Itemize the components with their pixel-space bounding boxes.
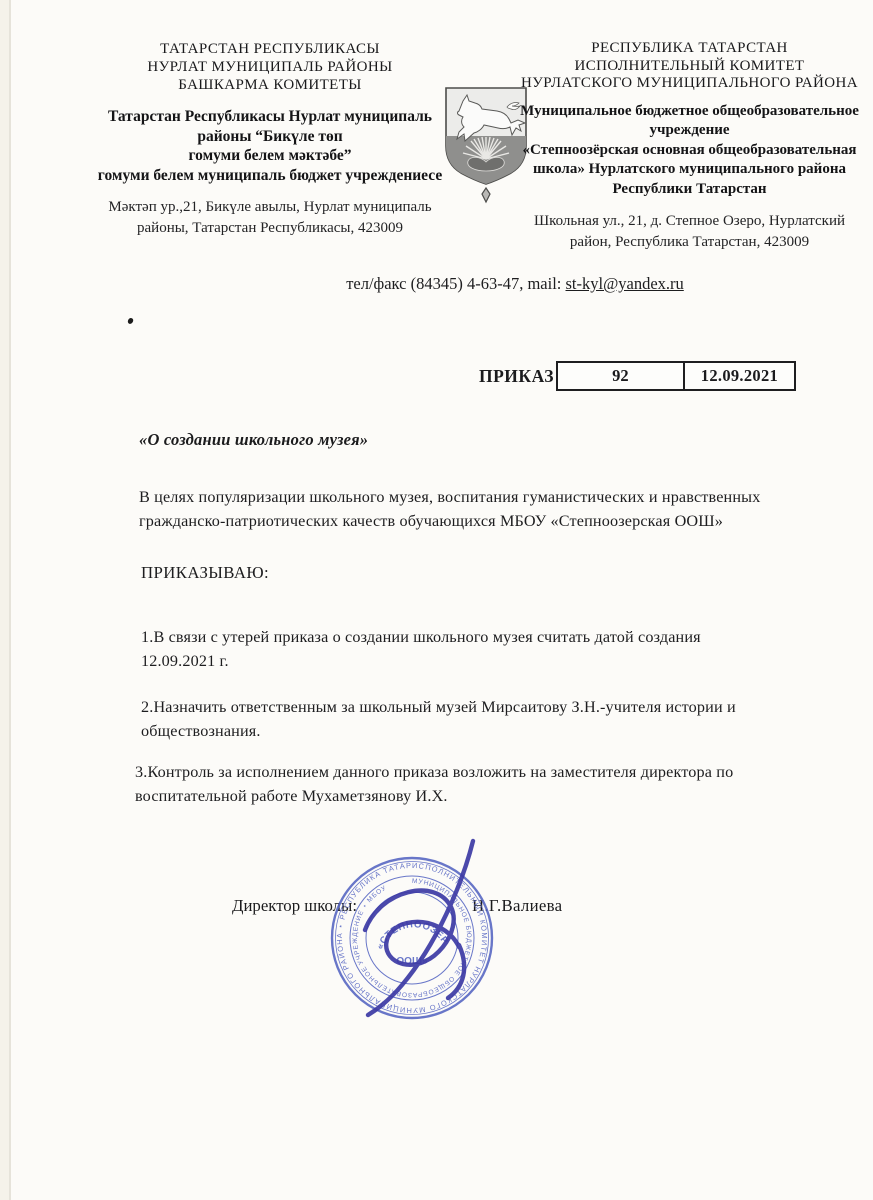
scanned-document-page: ТАТАРСТАН РЕСПУБЛИКАСЫ НУРЛАТ МУНИЦИПАЛЬ… bbox=[0, 0, 873, 1200]
order-item-2: 2.Назначить ответственным за школьный му… bbox=[141, 696, 821, 743]
letterhead-left-line: ТАТАРСТАН РЕСПУБЛИКАСЫ bbox=[92, 40, 448, 58]
item-line: 3.Контроль за исполнением данного приказ… bbox=[135, 761, 825, 785]
letterhead-left: ТАТАРСТАН РЕСПУБЛИКАСЫ НУРЛАТ МУНИЦИПАЛЬ… bbox=[92, 40, 448, 238]
email-text: st-kyl@yandex.ru bbox=[566, 274, 684, 293]
letterhead-left-org: Татарстан Республикасы Нурлат муниципаль… bbox=[92, 107, 448, 185]
order-number-table: 92 12.09.2021 bbox=[556, 361, 796, 391]
command-word: ПРИКАЗЫВАЮ: bbox=[141, 561, 269, 585]
order-item-3: 3.Контроль за исполнением данного приказ… bbox=[135, 761, 825, 808]
scan-page-edge bbox=[0, 0, 11, 1200]
order-date-cell: 12.09.2021 bbox=[683, 363, 794, 389]
order-number-cell: 92 bbox=[558, 363, 683, 389]
item-line: 1.В связи с утерей приказа о создании шк… bbox=[141, 626, 821, 650]
order-item-1: 1.В связи с утерей приказа о создании шк… bbox=[141, 626, 821, 673]
letterhead-left-address: Мәктәп ур.,21, Бикүле авылы, Нурлат муни… bbox=[92, 197, 448, 238]
scan-speck bbox=[127, 317, 134, 324]
org-line: «Степноозёрская основная общеобразовател… bbox=[506, 141, 873, 161]
item-line: 2.Назначить ответственным за школьный му… bbox=[141, 696, 821, 720]
document-title: «О создании школьного музея» bbox=[139, 430, 368, 450]
org-line: учреждение bbox=[506, 121, 873, 141]
letterhead-right-line: РЕСПУБЛИКА ТАТАРСТАН bbox=[506, 40, 873, 58]
org-line: районы “Бикүле төп bbox=[92, 127, 448, 147]
letterhead-right-org: Муниципальное бюджетное общеобразователь… bbox=[506, 102, 873, 200]
contact-line: тел/факс (84345) 4-63-47, mail: st-kyl@y… bbox=[160, 274, 870, 294]
intro-line: гражданско-патриотических качеств обучаю… bbox=[139, 510, 819, 534]
org-line: Муниципальное бюджетное общеобразователь… bbox=[506, 102, 873, 122]
letterhead-right: РЕСПУБЛИКА ТАТАРСТАН ИСПОЛНИТЕЛЬНЫЙ КОМИ… bbox=[506, 40, 873, 252]
org-line: Республики Татарстан bbox=[506, 180, 873, 200]
item-line: обществознания. bbox=[141, 720, 821, 744]
order-label: ПРИКАЗ bbox=[479, 366, 554, 387]
org-line: школа» Нурлатского муниципального района bbox=[506, 160, 873, 180]
address-line: район, Республика Татарстан, 423009 bbox=[506, 232, 873, 253]
item-line: 12.09.2021 г. bbox=[141, 650, 821, 674]
letterhead-right-line: ИСПОЛНИТЕЛЬНЫЙ КОМИТЕТ bbox=[506, 58, 873, 76]
address-line: районы, Татарстан Республикасы, 423009 bbox=[92, 218, 448, 239]
letterhead-right-address: Школьная ул., 21, д. Степное Озеро, Нурл… bbox=[506, 211, 873, 252]
org-line: гомуми белем мәктәбе” bbox=[92, 146, 448, 166]
director-autograph bbox=[318, 833, 524, 1039]
org-line: гомуми белем муниципаль бюджет учреждени… bbox=[92, 166, 448, 186]
phone-fax-text: тел/факс (84345) 4-63-47, mail: bbox=[346, 274, 565, 293]
item-line: воспитательной работе Мухаметзянову И.Х. bbox=[135, 785, 825, 809]
intro-line: В целях популяризации школьного музея, в… bbox=[139, 486, 819, 510]
letterhead-right-line: НУРЛАТСКОГО МУНИЦИПАЛЬНОГО РАЙОНА bbox=[506, 75, 873, 93]
address-line: Школьная ул., 21, д. Степное Озеро, Нурл… bbox=[506, 211, 873, 232]
intro-paragraph: В целях популяризации школьного музея, в… bbox=[139, 486, 819, 533]
letterhead-left-line: БАШКАРМА КОМИТЕТЫ bbox=[92, 76, 448, 94]
address-line: Мәктәп ур.,21, Бикүле авылы, Нурлат муни… bbox=[92, 197, 448, 218]
letterhead-left-line: НУРЛАТ МУНИЦИПАЛЬ РАЙОНЫ bbox=[92, 58, 448, 76]
org-line: Татарстан Республикасы Нурлат муниципаль bbox=[92, 107, 448, 127]
